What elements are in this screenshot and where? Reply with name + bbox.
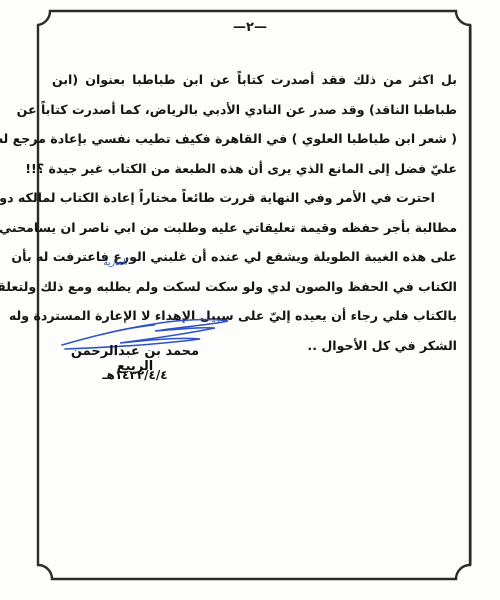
page-number: —٢— (0, 20, 500, 35)
text-line: الكتاب في الحفظ والصون لدي ولو سكت لسكت … (52, 272, 457, 302)
text-line: بل اكثر من ذلك فقد أصدرت كتاباً عن ابن ط… (52, 65, 457, 95)
text-line: احترت في الأمر وفي النهاية قررت طائعاً م… (52, 183, 457, 213)
text-line: ( شعر ابن طباطبا العلوي ) في القاهرة فكي… (52, 124, 457, 154)
signature-date: ١٤٣٢/٤/٤هـ (90, 368, 180, 382)
text-line: عليّ فضل إلى المانع الذي يرى أن هذه الطب… (52, 154, 457, 184)
handwritten-annotation: العارية (103, 258, 127, 268)
text-line: مطالبة بأجر حفظه وقيمة تعليقاتي عليه وطل… (52, 213, 457, 243)
paragraph-1: بل اكثر من ذلك فقد أصدرت كتاباً عن ابن ط… (52, 65, 457, 183)
text-line: طباطبا الناقد) وقد صدر عن النادي الأدبي … (52, 95, 457, 125)
